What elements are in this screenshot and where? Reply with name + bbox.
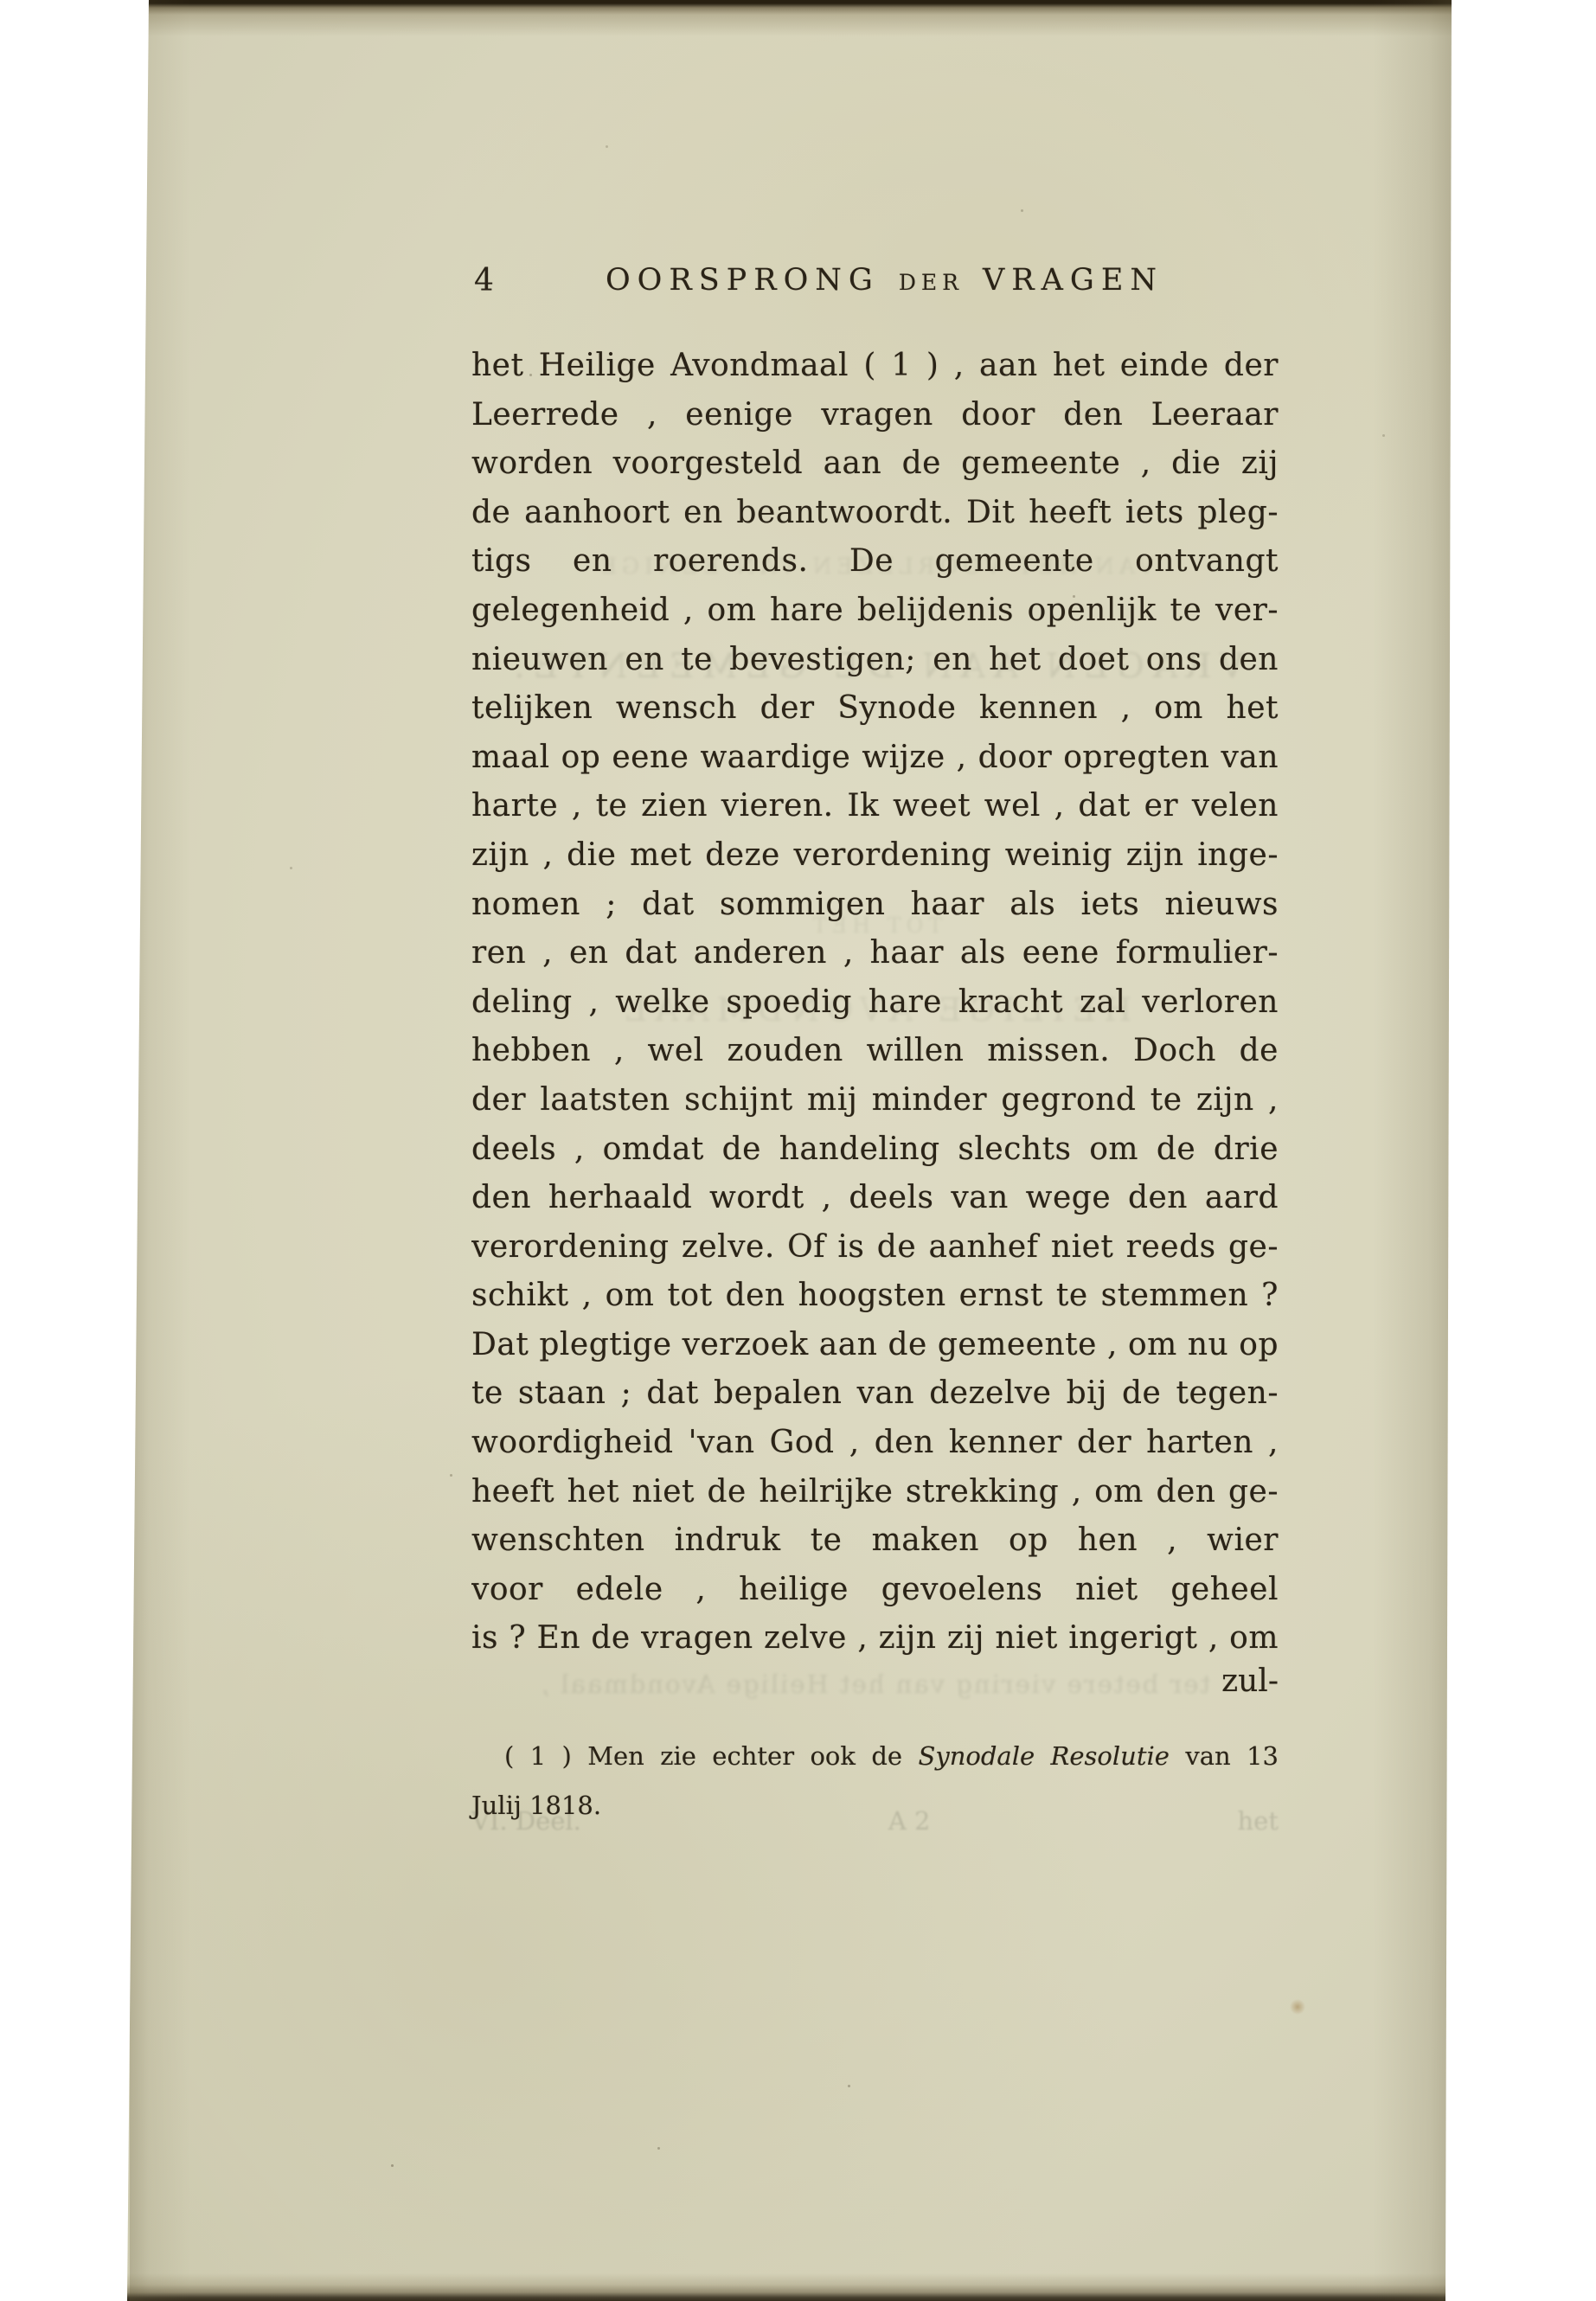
body-line: schikt , om tot den hoogsten ernst te st… <box>471 1272 1279 1321</box>
body-line: voor edele , heilige gevoelens niet gehe… <box>471 1566 1279 1615</box>
page-bottom-edge <box>0 2273 1596 2301</box>
body-line: den herhaald wordt , deels van wege den … <box>471 1174 1279 1223</box>
body-line: tigs en roerends. De gemeente ontvangt d… <box>471 537 1279 586</box>
running-head-word: OORSPRONG <box>606 263 880 298</box>
body-line: de aanhoort en beantwoordt. Dit heeft ie… <box>471 489 1279 538</box>
scanned-page-canvas: VAN HET VOORLEZEN VAN EENIGE VRAGEN AAN … <box>0 0 1596 2301</box>
running-head: OORSPRONG DER VRAGEN <box>606 263 1163 298</box>
body-line: Leerrede , eenige vragen door den Leeraa… <box>471 391 1279 440</box>
running-head-word: VRAGEN <box>983 263 1163 298</box>
body-line: deels , omdat de handeling slechts om de… <box>471 1125 1279 1175</box>
book-page: VAN HET VOORLEZEN VAN EENIGE VRAGEN AAN … <box>0 0 1596 2301</box>
body-line: Dat plegtige verzoek aan de gemeente , o… <box>471 1321 1279 1370</box>
body-line: nieuwen en te bevestigen; en het doet on… <box>471 636 1279 685</box>
footnote-italic-title: Synodale Resolutie <box>918 1741 1169 1771</box>
footnote: ( 1 ) Men zie echter ook de Synodale Res… <box>471 1732 1279 1830</box>
footnote-line-2: Julij 1818. <box>471 1781 1279 1830</box>
body-line: wenschten indruk te maken op hen , wier … <box>471 1516 1279 1566</box>
page-right-edge-shadow <box>1373 0 1455 2301</box>
body-line: ren , en dat anderen , haar als eene for… <box>471 929 1279 978</box>
body-line: gelegenheid , om hare belijdenis openlij… <box>471 586 1279 636</box>
running-head-word-small: DER <box>899 270 964 295</box>
body-line: der laatsten schijnt mij minder gegrond … <box>471 1076 1279 1125</box>
body-line: deling , welke spoedig hare kracht zal v… <box>471 978 1279 1028</box>
paper-specks <box>0 0 3 3</box>
body-line: verordening zelve. Of is de aanhef niet … <box>471 1223 1279 1272</box>
body-line: heeft het niet de heilrijke strekking , … <box>471 1468 1279 1517</box>
body-line: worden voorgesteld aan de gemeente , die… <box>471 439 1279 489</box>
body-line: nomen ; dat sommigen haar als iets nieuw… <box>471 881 1279 930</box>
body-line: maal op eene waardige wijze , door opreg… <box>471 734 1279 783</box>
body-line: te staan ; dat bepalen van dezelve bij d… <box>471 1369 1279 1419</box>
body-line: woordigheid 'van God , den kenner der ha… <box>471 1419 1279 1468</box>
page-number: 4 <box>474 263 494 298</box>
footnote-text: van 13 <box>1170 1741 1279 1771</box>
footnote-line-1: ( 1 ) Men zie echter ook de Synodale Res… <box>471 1732 1279 1781</box>
body-line: het Heilige Avondmaal ( 1 ) , aan het ei… <box>471 342 1279 391</box>
body-line: harte , te zien vieren. Ik weet wel , da… <box>471 782 1279 831</box>
body-line: is ? En de vragen zelve , zijn zij niet … <box>471 1614 1279 1663</box>
catchword: zul- <box>471 1663 1279 1699</box>
page-top-edge <box>0 0 1596 36</box>
body-line: telijken wensch der Synode kennen , om h… <box>471 684 1279 734</box>
footnote-text: ( 1 ) Men zie echter ook de <box>504 1741 918 1771</box>
body-line: zijn , die met deze verordening weinig z… <box>471 831 1279 881</box>
page-left-edge-shadow <box>130 0 190 2301</box>
body-text-block: het Heilige Avondmaal ( 1 ) , aan het ei… <box>471 342 1279 1663</box>
body-line: hebben , wel zouden willen missen. Doch … <box>471 1027 1279 1076</box>
